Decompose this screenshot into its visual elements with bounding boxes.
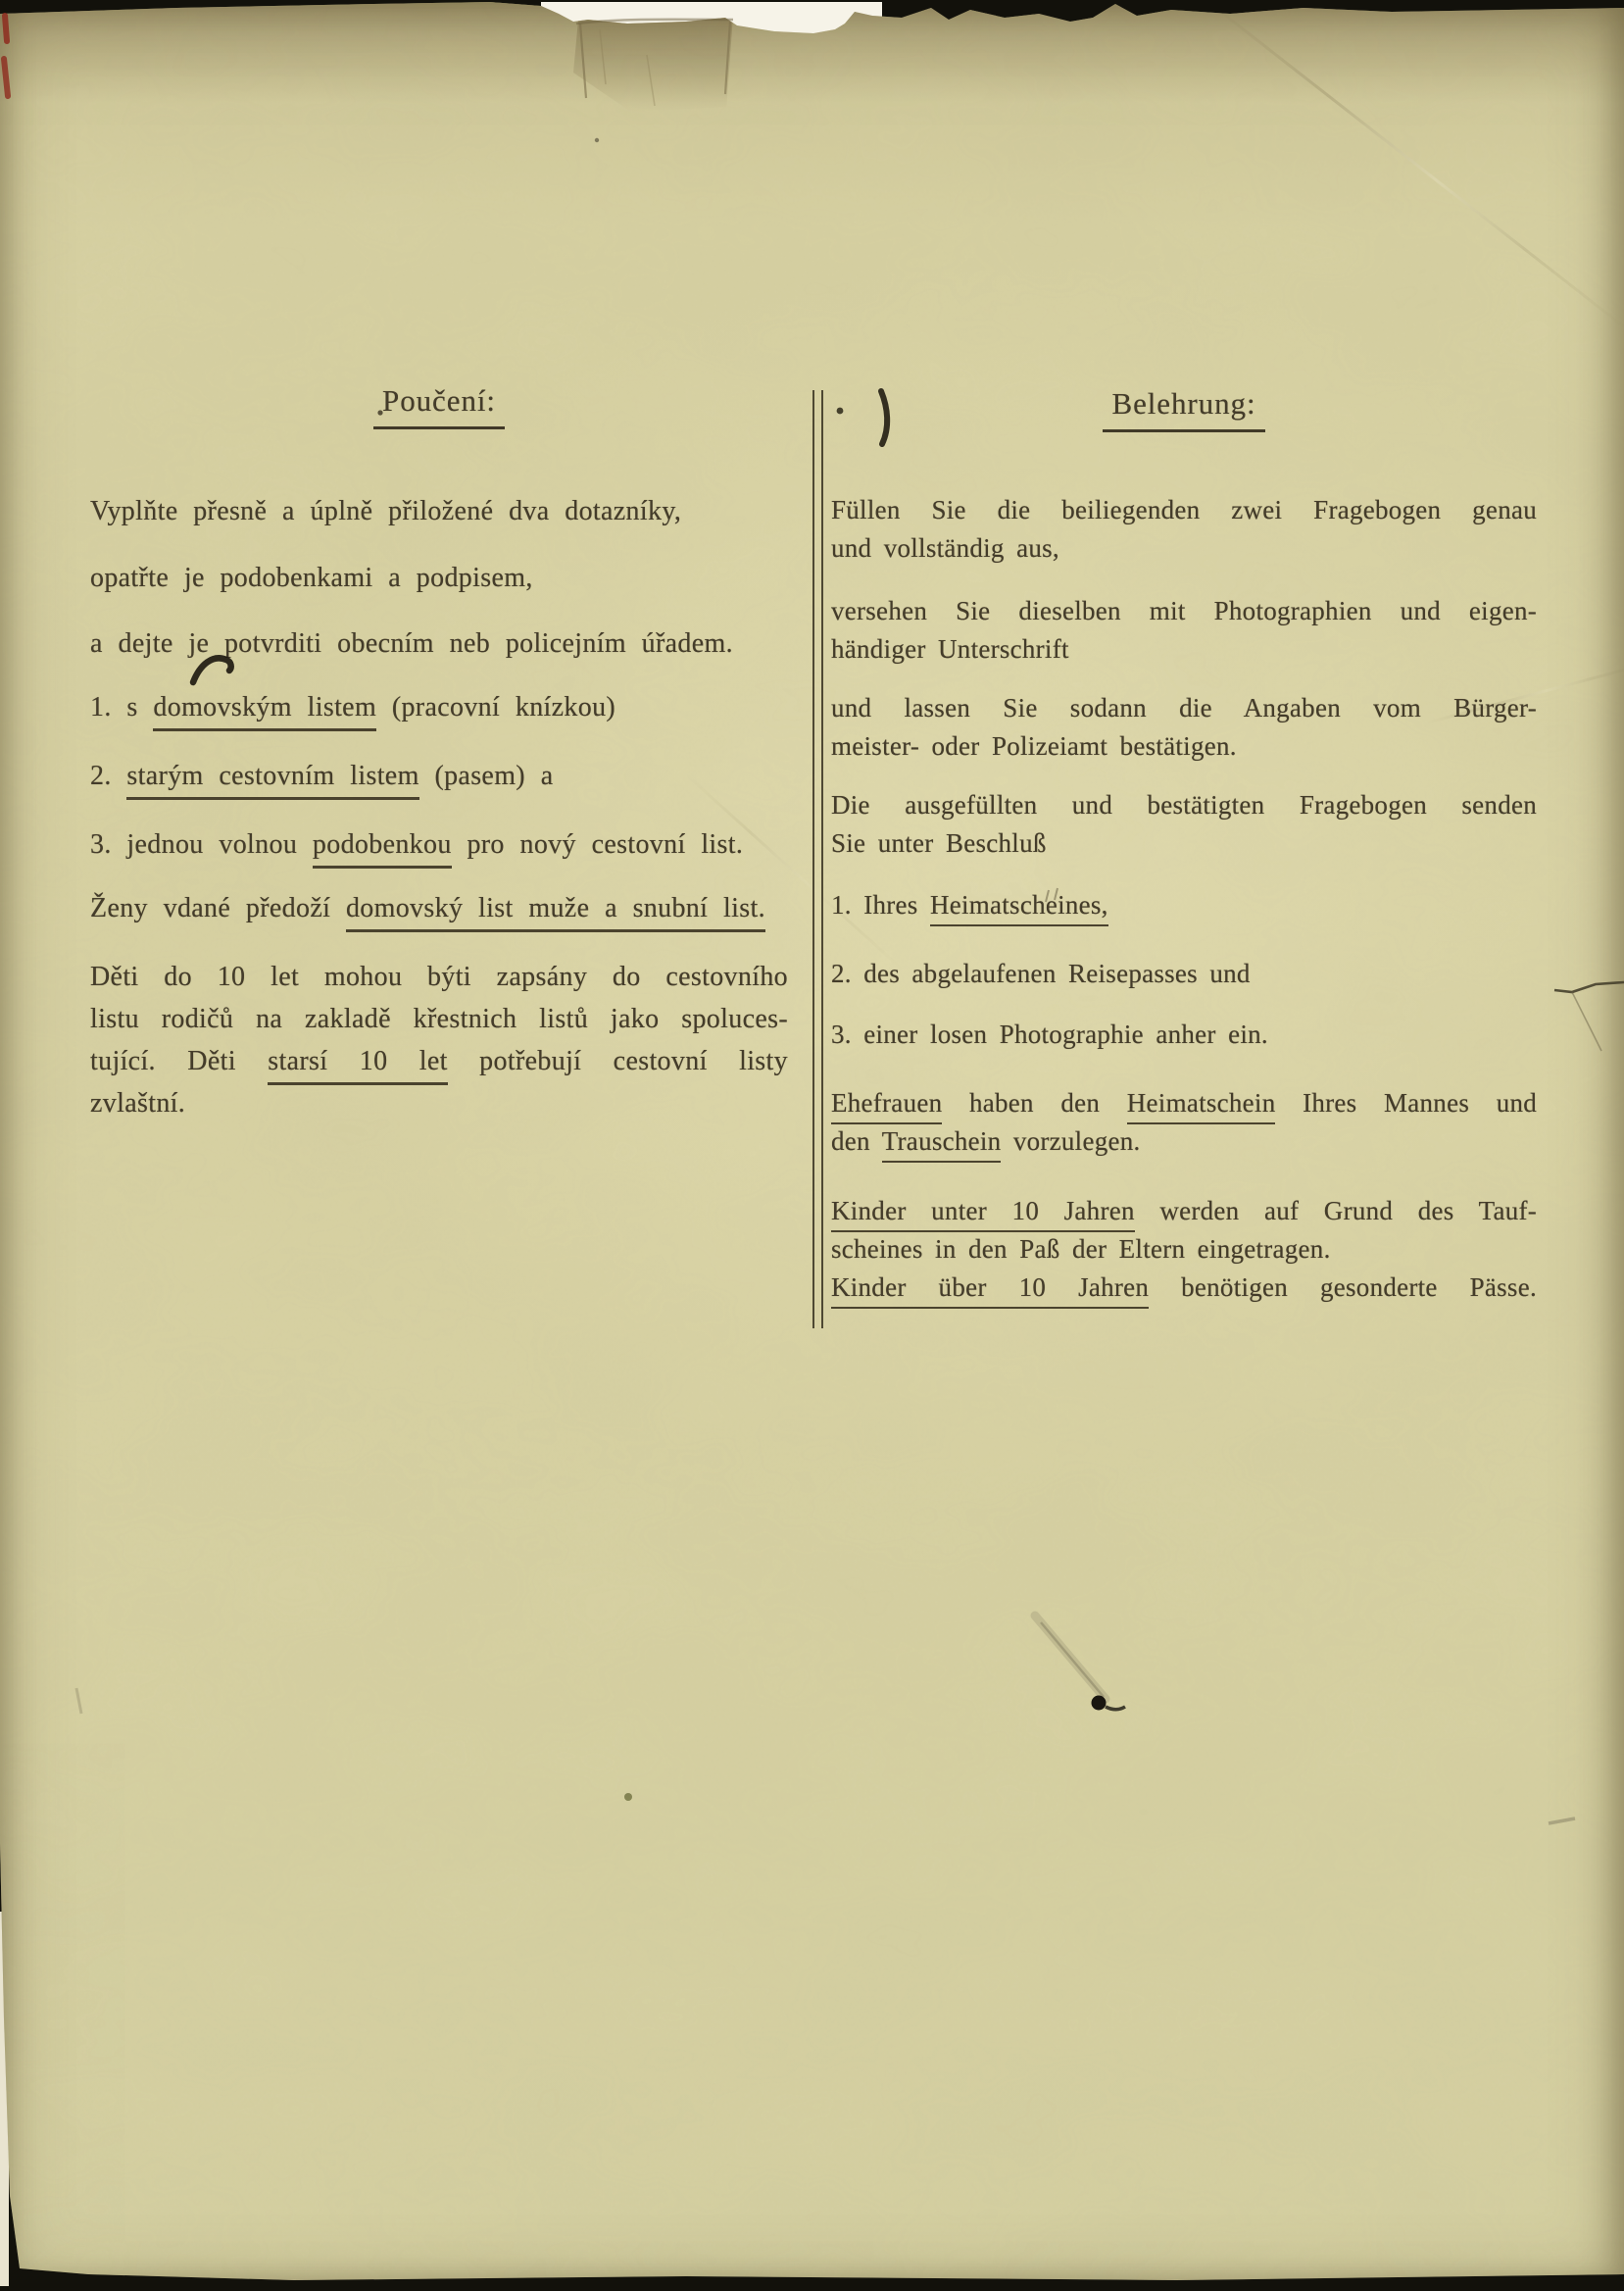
text-line: 3. jednou volnou podobenkou pro nový ces… — [90, 823, 788, 866]
text-run: scheines in den Paß der Eltern eingetrag… — [831, 1234, 1331, 1264]
czech-paragraph-2: opatřte je podobenkami a podpisem, — [90, 557, 788, 599]
text-line: Kinder unter 10 Jahren werden auf Grund … — [831, 1192, 1537, 1230]
text-line: Kinder über 10 Jahren benötigen gesonder… — [831, 1269, 1537, 1307]
text-line: 3. einer losen Photographie anher ein. — [831, 1016, 1537, 1054]
text-run: 1. Ihres — [831, 890, 930, 920]
text-run: Ženy vdané předoží — [90, 893, 346, 923]
text-run: zvlaštní. — [90, 1088, 185, 1119]
column-divider-rule — [812, 390, 823, 1328]
text-run: tující. Děti — [90, 1046, 268, 1076]
underlined-text: Kinder über 10 Jahren — [831, 1272, 1149, 1309]
underlined-text: starým cestovním listem — [126, 761, 418, 800]
text-line: a dejte je potvrditi obecním neb policej… — [90, 623, 788, 665]
text-line: versehen Sie dieselben mit Photographien… — [831, 592, 1537, 630]
text-run: vorzulegen. — [1001, 1126, 1140, 1156]
german-list-item-2: 2. des abgelaufenen Reisepasses und — [831, 955, 1537, 993]
text-run: Sie unter Beschluß — [831, 828, 1047, 858]
text-line: 1. Ihres Heimatscheines, — [831, 886, 1537, 924]
text-line: Děti do 10 let mohou býti zapsány do ces… — [90, 956, 788, 998]
underlined-text: domovský list muže a snubní list. — [346, 893, 765, 932]
german-list-item-1: 1. Ihres Heimatscheines, — [831, 886, 1537, 924]
german-paragraph-wives: Ehefrauen haben den Heimatschein Ihres M… — [831, 1084, 1537, 1161]
text-line: händiger Unterschrift — [831, 630, 1537, 669]
text-run: werden auf Grund des Tauf- — [1135, 1196, 1537, 1225]
czech-column: Poučení: Vyplňte přesně a úplně přiložen… — [90, 0, 788, 2291]
text-line: opatřte je podobenkami a podpisem, — [90, 557, 788, 599]
czech-list-item-1: 1. s domovským listem (pracovní knízkou) — [90, 686, 788, 728]
text-run: (pracovní knízkou) — [376, 692, 615, 722]
text-line: zvlaštní. — [90, 1082, 788, 1124]
text-run: und vollständig aus, — [831, 533, 1059, 563]
german-paragraph-3: und lassen Sie sodann die Angaben vom Bü… — [831, 689, 1537, 766]
text-run: pro nový cestovní list. — [452, 829, 744, 860]
scanned-document: Poučení: Vyplňte přesně a úplně přiložen… — [0, 0, 1624, 2291]
german-heading-text: Belehrung: — [1103, 386, 1264, 432]
czech-paragraph-3: a dejte je potvrditi obecním neb policej… — [90, 623, 788, 665]
german-paragraph-children-over10: Kinder über 10 Jahren benötigen gesonder… — [831, 1269, 1537, 1307]
text-run: Die ausgefüllten und bestätigten Fragebo… — [831, 790, 1537, 820]
paper-sheet: Poučení: Vyplňte přesně a úplně přiložen… — [0, 0, 1624, 2291]
german-paragraph-2: versehen Sie dieselben mit Photographien… — [831, 592, 1537, 669]
czech-heading-text: Poučení: — [373, 383, 505, 429]
text-run: versehen Sie dieselben mit Photographien… — [831, 596, 1537, 625]
german-heading: Belehrung: — [831, 386, 1537, 432]
text-line: Sie unter Beschluß — [831, 824, 1537, 863]
text-run: händiger Unterschrift — [831, 634, 1069, 664]
text-line: Füllen Sie die beiliegenden zwei Fragebo… — [831, 491, 1537, 529]
text-line: und lassen Sie sodann die Angaben vom Bü… — [831, 689, 1537, 727]
text-line: Ženy vdané předoží domovský list muže a … — [90, 887, 788, 929]
german-paragraph-children-under10: Kinder unter 10 Jahren werden auf Grund … — [831, 1192, 1537, 1269]
text-run: Děti do 10 let mohou býti zapsány do ces… — [90, 962, 788, 992]
text-line: den Trauschein vorzulegen. — [831, 1122, 1537, 1161]
german-paragraph-1: Füllen Sie die beiliegenden zwei Fragebo… — [831, 491, 1537, 568]
text-line: und vollständig aus, — [831, 529, 1537, 568]
text-run: haben den — [942, 1088, 1126, 1118]
text-line: meister- oder Polizeiamt bestätigen. — [831, 727, 1537, 766]
underlined-text: starsí 10 let — [268, 1046, 448, 1085]
text-run: potřebují cestovní listy — [448, 1046, 788, 1076]
underlined-text: podobenkou — [313, 829, 452, 869]
underlined-text: Ehefrauen — [831, 1088, 942, 1124]
text-run: a dejte je potvrditi obecním neb policej… — [90, 628, 733, 659]
text-run: Ihres Mannes und — [1275, 1088, 1537, 1118]
text-line: tující. Děti starsí 10 let potřebují ces… — [90, 1040, 788, 1082]
underlined-text: Heimatscheines, — [930, 890, 1108, 926]
text-run: (pasem) a — [419, 761, 554, 791]
german-paragraph-4: Die ausgefüllten und bestätigten Fragebo… — [831, 786, 1537, 863]
czech-paragraph-1: Vyplňte přesně a úplně přiložené dva dot… — [90, 490, 788, 532]
text-run: 2. des abgelaufenen Reisepasses und — [831, 959, 1251, 988]
czech-heading: Poučení: — [90, 383, 788, 429]
text-run: 2. — [90, 761, 126, 791]
text-run: Füllen Sie die beiliegenden zwei Fragebo… — [831, 495, 1537, 524]
underlined-text: Trauschein — [882, 1126, 1002, 1163]
text-run: listu rodičů na zakladě křestnich listů … — [90, 1004, 788, 1034]
german-list-item-3: 3. einer losen Photographie anher ein. — [831, 1016, 1537, 1054]
text-line: Ehefrauen haben den Heimatschein Ihres M… — [831, 1084, 1537, 1122]
text-line: 2. starým cestovním listem (pasem) a — [90, 755, 788, 797]
text-line: listu rodičů na zakladě křestnich listů … — [90, 998, 788, 1040]
text-line: Die ausgefüllten und bestätigten Fragebo… — [831, 786, 1537, 824]
text-run: meister- oder Polizeiamt bestätigen. — [831, 731, 1237, 761]
text-run: Vyplňte přesně a úplně přiložené dva dot… — [90, 496, 681, 526]
text-run: 3. einer losen Photographie anher ein. — [831, 1020, 1268, 1049]
text-line: 2. des abgelaufenen Reisepasses und — [831, 955, 1537, 993]
czech-list-item-3: 3. jednou volnou podobenkou pro nový ces… — [90, 823, 788, 866]
czech-paragraph-children: Děti do 10 let mohou býti zapsány do ces… — [90, 956, 788, 1124]
text-run: und lassen Sie sodann die Angaben vom Bü… — [831, 693, 1537, 722]
text-run: 1. s — [90, 692, 153, 722]
text-run: opatřte je podobenkami a podpisem, — [90, 563, 533, 593]
text-run: benötigen gesonderte Pässe. — [1149, 1272, 1537, 1302]
underlined-text: Kinder unter 10 Jahren — [831, 1196, 1135, 1232]
underlined-text: Heimatschein — [1127, 1088, 1276, 1124]
underlined-text: domovským listem — [153, 692, 376, 731]
text-line: Vyplňte přesně a úplně přiložené dva dot… — [90, 490, 788, 532]
german-column: Belehrung: Füllen Sie die beiliegenden z… — [831, 0, 1537, 2291]
czech-list-item-2: 2. starým cestovním listem (pasem) a — [90, 755, 788, 797]
text-line: scheines in den Paß der Eltern eingetrag… — [831, 1230, 1537, 1269]
text-run: 3. jednou volnou — [90, 829, 313, 860]
text-line: 1. s domovským listem (pracovní knízkou) — [90, 686, 788, 728]
czech-paragraph-women: Ženy vdané předoží domovský list muže a … — [90, 887, 788, 929]
text-run: den — [831, 1126, 882, 1156]
